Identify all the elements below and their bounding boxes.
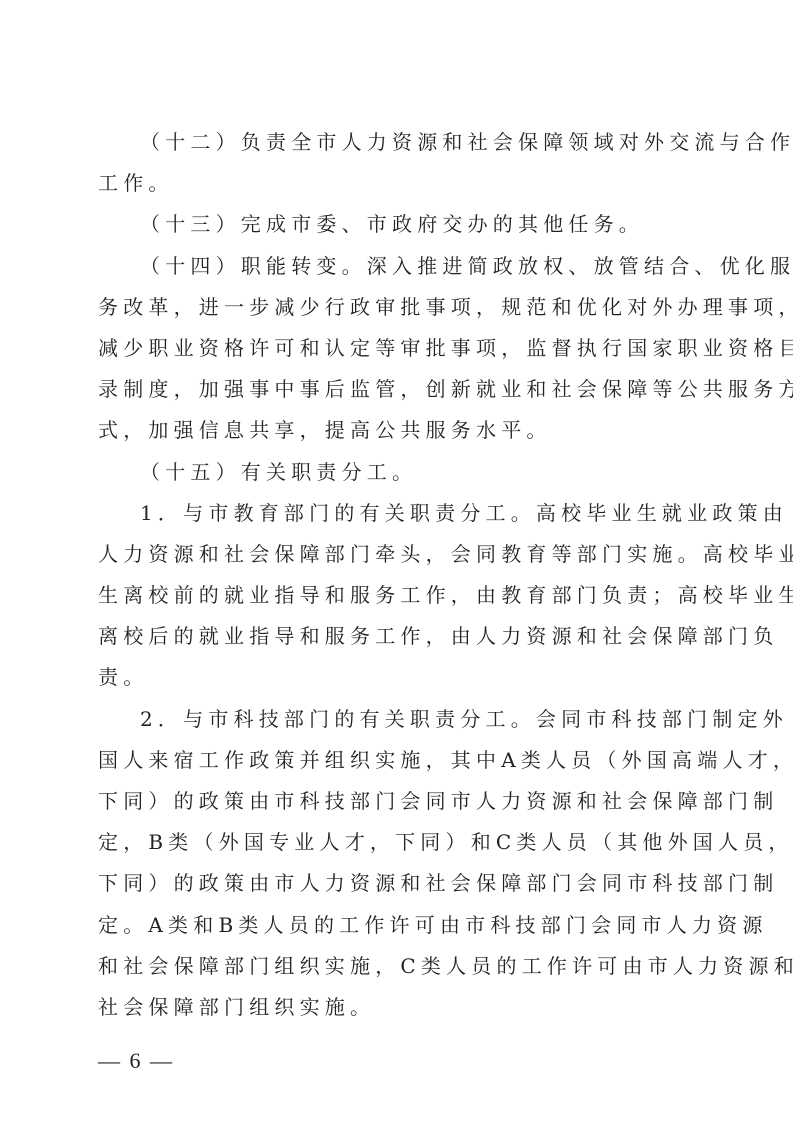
text-line: 工作。 [98, 163, 688, 204]
text-line: 式，加强信息共享，提高公共服务水平。 [98, 410, 688, 451]
text-line: 人力资源和社会保障部门牵头，会同教育等部门实施。高校毕业 [98, 534, 688, 575]
document-body: （十二）负责全市人力资源和社会保障领域对外交流与合作 工作。 （十三）完成市委、… [98, 122, 688, 1028]
text-line: 社会保障部门组织实施。 [98, 987, 688, 1028]
text-line: 录制度，加强事中事后监管，创新就业和社会保障等公共服务方 [98, 369, 688, 410]
text-line: 生离校前的就业指导和服务工作，由教育部门负责；高校毕业生 [98, 575, 688, 616]
text-line: 务改革，进一步减少行政审批事项，规范和优化对外办理事项， [98, 287, 688, 328]
text-line: （十三）完成市委、市政府交办的其他任务。 [98, 204, 688, 245]
text-line: 离校后的就业指导和服务工作，由人力资源和社会保障部门负 [98, 616, 688, 657]
page-number: — 6 — [98, 1048, 174, 1074]
text-line: 国人来宿工作政策并组织实施，其中A类人员（外国高端人才， [98, 740, 688, 781]
text-line: 减少职业资格许可和认定等审批事项，监督执行国家职业资格目 [98, 328, 688, 369]
text-line: 2．与市科技部门的有关职责分工。会同市科技部门制定外 [98, 699, 688, 740]
text-line: （十四）职能转变。深入推进简政放权、放管结合、优化服 [98, 246, 688, 287]
text-line: （十五）有关职责分工。 [98, 452, 688, 493]
text-line: 下同）的政策由市人力资源和社会保障部门会同市科技部门制 [98, 863, 688, 904]
text-line: 下同）的政策由市科技部门会同市人力资源和社会保障部门制 [98, 781, 688, 822]
text-line: （十二）负责全市人力资源和社会保障领域对外交流与合作 [98, 122, 688, 163]
text-line: 定。A类和B类人员的工作许可由市科技部门会同市人力资源 [98, 905, 688, 946]
text-line: 1．与市教育部门的有关职责分工。高校毕业生就业政策由 [98, 493, 688, 534]
text-line: 定，B类（外国专业人才，下同）和C类人员（其他外国人员， [98, 822, 688, 863]
text-line: 责。 [98, 657, 688, 698]
text-line: 和社会保障部门组织实施，C类人员的工作许可由市人力资源和 [98, 946, 688, 987]
